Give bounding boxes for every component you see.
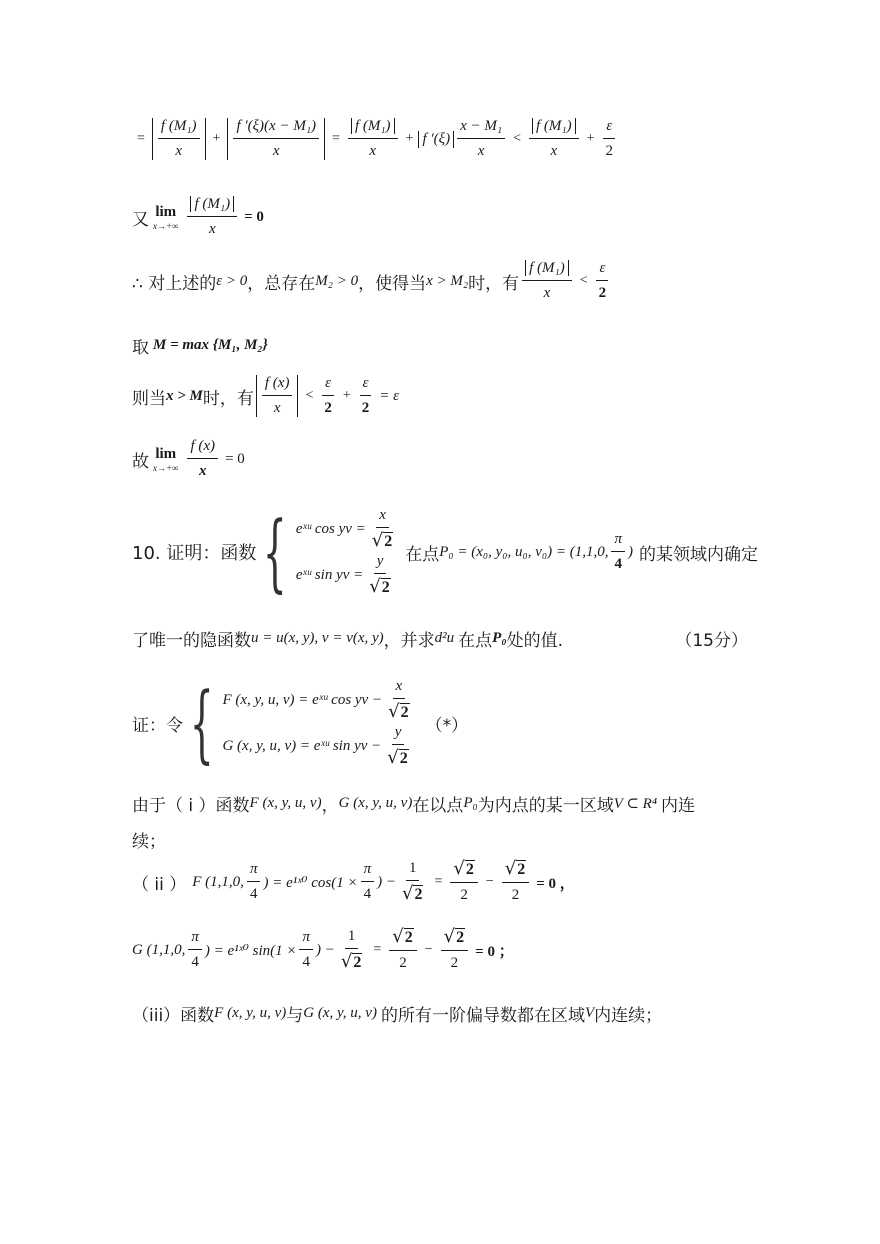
condition-ii-G: G (1,1,0, π4 ) = e¹ˣ⁰ sin(1 × π4 ) − 1√2… xyxy=(132,928,514,972)
condition-iii: （iii）函数 F (x, y, u, v) 与 G (x, y, u, v) … xyxy=(132,1001,662,1026)
proof-definition: 证：令 { F (x, y, u, v) = eˣᵘ cos yv − x√2 … xyxy=(132,678,468,768)
equation-tag: （*） xyxy=(426,711,469,736)
condition-i-continuation: 续； xyxy=(132,827,166,852)
abs-term-1: f (M₁)x xyxy=(152,118,206,160)
limit-operator: limx→+∞ xyxy=(153,204,178,231)
limit-line-1: 又 limx→+∞ f (M₁)x = 0 xyxy=(132,196,264,238)
equals-sign: = xyxy=(137,131,145,147)
limit-conclusion-line: 故 limx→+∞ f (x)x = 0 xyxy=(132,438,245,480)
condition-ii-F: （ ii ） F (1,1,0, π4 ) = e¹ˣ⁰ cos(1 × π4 … xyxy=(132,860,575,904)
abs-term-2: f ′(ξ)(x − M₁)x xyxy=(227,118,325,160)
equation-system: { eˣᵘ cos yv = x√2 eˣᵘ sin yv = y√2 xyxy=(256,507,399,597)
conclusion-inequality-line: 则当 x > M 时，有 f (x)x < ε2 + ε2 = ε xyxy=(132,375,399,417)
fraction-term-3: f (M₁)x xyxy=(348,118,398,160)
problem-10-statement: 10. 证明：函数 { eˣᵘ cos yv = x√2 eˣᵘ sin yv … xyxy=(132,507,758,597)
left-brace-icon: { xyxy=(190,681,214,765)
epsilon-argument-line: ∴ 对上述的 ε > 0 ，总存在 M₂ > 0 ，使得当 x > M₂ 时，有… xyxy=(132,260,612,302)
max-definition-line: 取 M = max {M₁, M₂} xyxy=(132,333,268,358)
left-brace-icon: { xyxy=(263,510,287,594)
condition-i: 由于（ i ）函数 F (x, y, u, v) ， G (x, y, u, v… xyxy=(132,791,695,816)
problem-number: 10. 证明：函数 xyxy=(132,539,256,565)
inequality-chain-line: = f (M₁)x + f ′(ξ)(x − M₁)x = f (M₁)x + … xyxy=(132,118,619,160)
function-system: { F (x, y, u, v) = eˣᵘ cos yv − x√2 G (x… xyxy=(183,678,416,768)
problem-10-continuation: 了唯一的隐函数 u = u(x, y), v = v(x, y) ，并求 d²u… xyxy=(132,626,748,651)
points-label: （15分） xyxy=(675,626,748,651)
abs-derivative: f ′(ξ) xyxy=(418,131,454,148)
